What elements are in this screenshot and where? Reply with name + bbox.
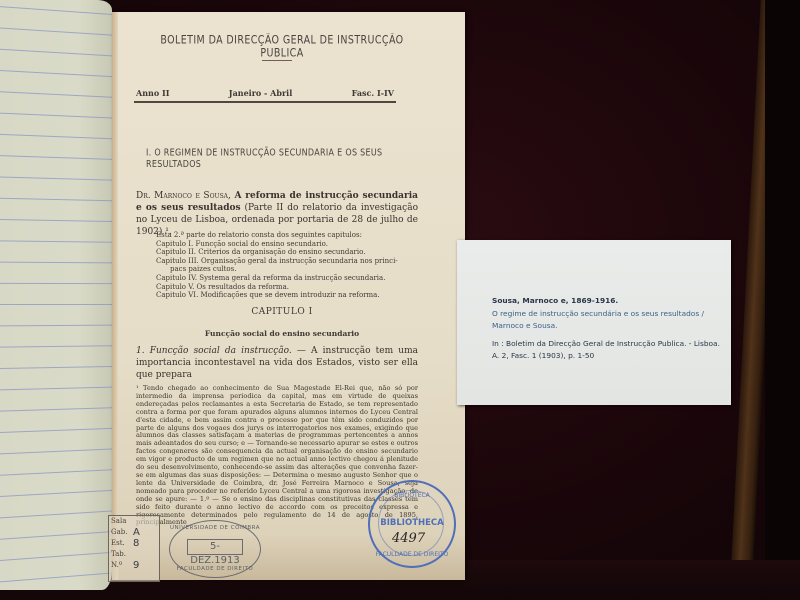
shelf-row: Gab.A: [109, 527, 159, 538]
ruled-line: [0, 283, 112, 284]
issue-line: Anno II Janeiro - Abril Fasc. I-IV: [136, 88, 394, 98]
ruled-line: [0, 91, 112, 98]
library-stamp-center: BIBLIOTHECA: [370, 518, 454, 528]
ruled-line: [0, 219, 112, 222]
library-stamp-top: BIBLIOTECA: [370, 492, 454, 499]
journal-title: BOLETIM DA DIRECÇÃO GERAL DE INSTRUCÇÃO …: [142, 34, 422, 60]
ruled-line: [0, 448, 112, 455]
ruled-line: [0, 262, 112, 264]
chapter-item: Capitulo III. Organisação geral da instr…: [156, 257, 412, 266]
body-paragraph: 1. Funcção social da instrucção. — A ins…: [136, 345, 418, 381]
chapter-item: Capitulo II. Criterios da organisação do…: [156, 248, 412, 257]
ruled-line: [0, 366, 112, 369]
card-citation: A. 2, Fasc. 1 (1903), p. 1-50: [492, 351, 594, 360]
library-stamp-bottom: FACULDADE DE DIREITO: [370, 551, 454, 558]
ruled-line: [0, 304, 112, 305]
ruled-line: [0, 176, 112, 181]
card-source: In : Boletim da Direcção Geral de Instru…: [492, 339, 720, 348]
ruled-line: [0, 386, 112, 390]
body-lead: 1. Funcção social da instrucção.: [136, 346, 292, 356]
ruled-line: [0, 572, 112, 583]
card-author: Sousa, Marnoco e, 1869-1916.: [492, 296, 618, 305]
ruled-line: [0, 325, 112, 327]
page-gutter: [112, 12, 118, 580]
ruled-line: [0, 510, 112, 519]
chapters-intro: Esta 2.ª parte do relatorio consta dos s…: [156, 231, 412, 240]
ruled-line: [0, 489, 112, 497]
chapter-item: Capitulo VI. Modificações que se devem i…: [156, 291, 412, 300]
issue-fascicle: Fasc. I-IV: [352, 88, 394, 98]
chapter-heading: CAPITULO I: [132, 307, 432, 317]
shelf-row: Sala: [109, 516, 159, 527]
shelf-row: Tab.: [109, 549, 159, 560]
date-stamp-date: 5-DEZ.1913: [187, 539, 243, 555]
issue-year: Anno II: [136, 88, 169, 98]
library-stamp: BIBLIOTECA BIBLIOTHECA 4497 FACULDADE DE…: [368, 480, 456, 568]
date-stamp: UNIVERSIDADE DE COIMBRA 5-DEZ.1913 FACUL…: [169, 520, 261, 578]
chapter-list: Esta 2.ª parte do relatorio consta dos s…: [156, 231, 412, 300]
ruled-line: [0, 428, 112, 434]
catalog-card: Sousa, Marnoco e, 1869-1916. O regime de…: [457, 240, 731, 405]
ruled-line: [0, 345, 112, 348]
right-shadow: [765, 0, 800, 600]
shelf-row: N.º9: [109, 560, 159, 571]
left-lined-endpaper: [0, 0, 112, 590]
library-stamp-number: 4497: [392, 531, 425, 546]
ruled-line: [0, 112, 112, 119]
title-rule: [262, 60, 292, 61]
ruled-line: [0, 27, 112, 36]
chapter-item-continued: pacs paizes cultos.: [156, 265, 412, 274]
issue-months: Janeiro - Abril: [229, 88, 292, 98]
ruled-line: [0, 48, 112, 57]
ruled-line: [0, 469, 112, 476]
ruled-line: [0, 69, 112, 77]
chapter-item: Capitulo I. Funcção social do ensino sec…: [156, 240, 412, 249]
ruled-line: [0, 531, 112, 541]
header-rule: [134, 101, 396, 103]
ruled-line: [0, 407, 112, 412]
chapter-item: Capitulo V. Os resultados da reforma.: [156, 283, 412, 292]
ruled-line: [0, 155, 112, 160]
date-stamp-top: UNIVERSIDADE DE COIMBRA: [170, 525, 260, 531]
ruled-line: [0, 134, 112, 140]
card-responsibility: Marnoco e Sousa.: [492, 321, 557, 330]
ruled-line: [0, 551, 112, 562]
section-title: I. O REGIMEN DE INSTRUCÇÃO SECUNDARIA E …: [146, 147, 406, 170]
chapter-subheading: Funcção social do ensino secundario: [132, 329, 432, 338]
chapter-item: Capitulo IV. Systema geral da reforma da…: [156, 274, 412, 283]
shelf-row: Est.8: [109, 538, 159, 549]
intro-author: Dr. Marnoco e Sousa: [136, 191, 228, 201]
ruled-line: [0, 5, 112, 15]
ruled-line: [0, 198, 112, 202]
card-title: O regime de instrucção secundária e os s…: [492, 309, 704, 318]
book-page: BOLETIM DA DIRECÇÃO GERAL DE INSTRUCÇÃO …: [112, 12, 465, 580]
date-stamp-bottom: FACULDADE DE DIREITO: [170, 566, 260, 572]
shelf-mark-label: Sala Gab.A Est.8 Tab. N.º9: [108, 515, 160, 582]
ruled-line: [0, 240, 112, 243]
